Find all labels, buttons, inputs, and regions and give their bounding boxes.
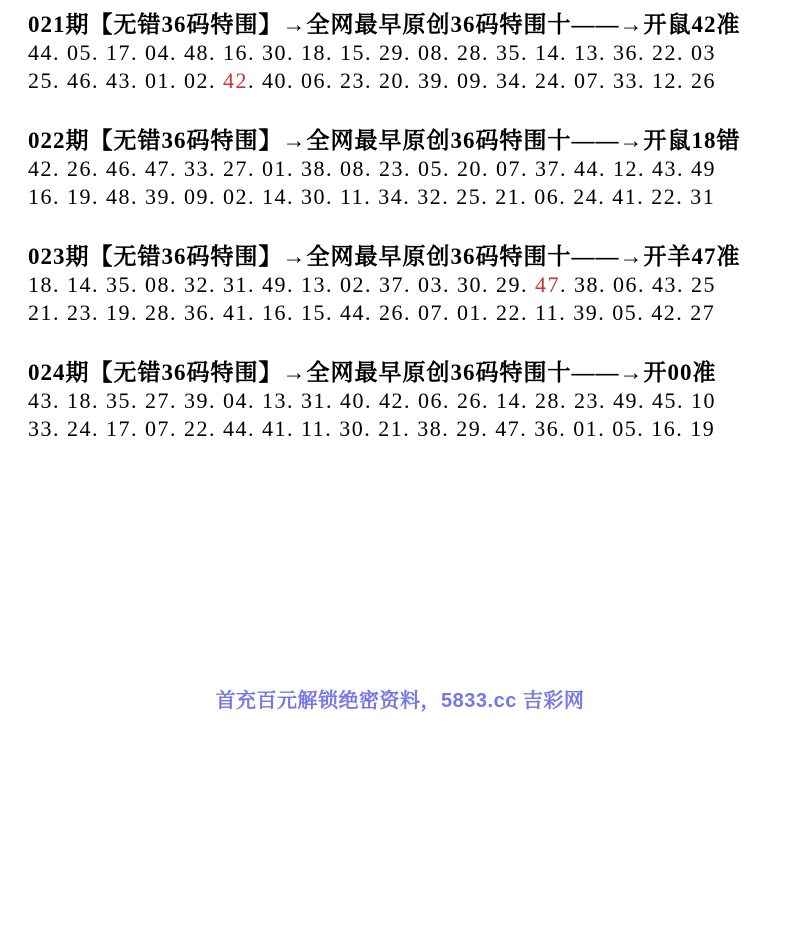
number: 41 [612, 184, 637, 209]
number: 42 [651, 300, 676, 325]
header-arrow1: → [283, 12, 307, 37]
number: 40 [262, 68, 287, 93]
number: 14 [67, 272, 92, 297]
number: 26 [67, 156, 92, 181]
number: 47 [145, 156, 170, 181]
number: 19 [690, 416, 715, 441]
prediction-block: 022期【无错36码特围】→全网最早原创36码特围十——→开鼠18错42. 26… [28, 126, 790, 211]
number: 29 [496, 272, 521, 297]
header-arrow2: → [620, 244, 644, 269]
prediction-block: 021期【无错36码特围】→全网最早原创36码特围十——→开鼠42准44. 05… [28, 10, 790, 95]
number: 15 [301, 300, 326, 325]
number: 49 [613, 388, 638, 413]
header-result: 开鼠18错 [644, 128, 741, 153]
number: 45 [652, 388, 677, 413]
number: 16 [223, 40, 248, 65]
number: 41 [223, 300, 248, 325]
header-tagline: 全网最早原创36码特围十—— [307, 360, 620, 385]
number: 06 [418, 388, 443, 413]
header-arrow1: → [283, 128, 307, 153]
number: 17 [106, 40, 131, 65]
number: 07 [574, 68, 599, 93]
number: 09 [184, 184, 209, 209]
number: 08 [340, 156, 365, 181]
number: 33 [613, 68, 638, 93]
number: 39 [573, 300, 598, 325]
number: 04 [223, 388, 248, 413]
number: 07 [418, 300, 443, 325]
number: 18 [67, 388, 92, 413]
numbers-line: 44. 05. 17. 04. 48. 16. 30. 18. 15. 29. … [28, 39, 790, 67]
prediction-blocks: 021期【无错36码特围】→全网最早原创36码特围十——→开鼠42准44. 05… [28, 10, 790, 474]
number: 04 [145, 40, 170, 65]
number: 35 [106, 388, 131, 413]
header-result: 开鼠42准 [644, 12, 741, 37]
number: 28 [457, 40, 482, 65]
number: 38 [574, 272, 599, 297]
number: 05 [418, 156, 443, 181]
header-label: 【无错36码特围】 [90, 244, 283, 269]
prediction-block: 023期【无错36码特围】→全网最早原创36码特围十——→开羊47准18. 14… [28, 242, 790, 327]
number: 44 [574, 156, 599, 181]
number: 22 [184, 416, 209, 441]
number: 43 [106, 68, 131, 93]
number: 46 [67, 68, 92, 93]
number: 16 [28, 184, 53, 209]
number: 33 [184, 156, 209, 181]
number: 18 [28, 272, 53, 297]
header-label: 【无错36码特围】 [90, 128, 283, 153]
header-tagline: 全网最早原创36码特围十—— [307, 12, 620, 37]
number: 21 [378, 416, 403, 441]
number: 06 [534, 184, 559, 209]
header-issue: 023期 [28, 244, 90, 269]
number: 36 [534, 416, 559, 441]
number: 49 [691, 156, 716, 181]
number: 32 [417, 184, 442, 209]
number: 11 [301, 416, 325, 441]
number: 31 [690, 184, 715, 209]
number: 20 [379, 68, 404, 93]
number: 42 [28, 156, 53, 181]
number: 14 [535, 40, 560, 65]
number: 15 [340, 40, 365, 65]
number: 05 [67, 40, 92, 65]
number: 13 [301, 272, 326, 297]
numbers-line: 21. 23. 19. 28. 36. 41. 16. 15. 44. 26. … [28, 299, 790, 327]
number: 23 [67, 300, 92, 325]
number: 30 [262, 40, 287, 65]
header-arrow2: → [620, 360, 644, 385]
block-header: 023期【无错36码特围】→全网最早原创36码特围十——→开羊47准 [28, 242, 790, 271]
number: 01 [262, 156, 287, 181]
number: 22 [652, 40, 677, 65]
number: 11 [340, 184, 364, 209]
number: 16 [262, 300, 287, 325]
number: 26 [457, 388, 482, 413]
number: 44 [340, 300, 365, 325]
numbers-line: 42. 26. 46. 47. 33. 27. 01. 38. 08. 23. … [28, 155, 790, 183]
number: 48 [184, 40, 209, 65]
number: 30 [457, 272, 482, 297]
block-header: 022期【无错36码特围】→全网最早原创36码特围十——→开鼠18错 [28, 126, 790, 155]
number: 44 [223, 416, 248, 441]
numbers-line: 33. 24. 17. 07. 22. 44. 41. 11. 30. 21. … [28, 415, 790, 443]
number: 28 [145, 300, 170, 325]
number: 28 [535, 388, 560, 413]
number: 31 [301, 388, 326, 413]
number: 31 [223, 272, 248, 297]
block-header: 024期【无错36码特围】→全网最早原创36码特围十——→开00准 [28, 358, 790, 387]
number: 30 [339, 416, 364, 441]
number: 25 [28, 68, 53, 93]
number-highlighted: 42 [223, 68, 248, 93]
prediction-block: 024期【无错36码特围】→全网最早原创36码特围十——→开00准43. 18.… [28, 358, 790, 443]
number: 26 [379, 300, 404, 325]
number: 25 [691, 272, 716, 297]
header-tagline: 全网最早原创36码特围十—— [307, 244, 620, 269]
number: 20 [457, 156, 482, 181]
number: 41 [262, 416, 287, 441]
number: 23 [574, 388, 599, 413]
number: 22 [496, 300, 521, 325]
number: 29 [379, 40, 404, 65]
number: 03 [691, 40, 716, 65]
number: 38 [417, 416, 442, 441]
block-header: 021期【无错36码特围】→全网最早原创36码特围十——→开鼠42准 [28, 10, 790, 39]
number: 30 [301, 184, 326, 209]
number: 01 [457, 300, 482, 325]
number: 27 [223, 156, 248, 181]
number: 02 [340, 272, 365, 297]
number: 12 [613, 156, 638, 181]
number: 35 [496, 40, 521, 65]
number-highlighted: 47 [535, 272, 560, 297]
number: 44 [28, 40, 53, 65]
number: 40 [340, 388, 365, 413]
number: 37 [379, 272, 404, 297]
header-arrow1: → [283, 360, 307, 385]
number: 18 [301, 40, 326, 65]
number: 43 [28, 388, 53, 413]
number: 08 [145, 272, 170, 297]
number: 24 [535, 68, 560, 93]
number: 07 [496, 156, 521, 181]
number: 47 [495, 416, 520, 441]
number: 27 [690, 300, 715, 325]
number: 29 [456, 416, 481, 441]
numbers-line: 16. 19. 48. 39. 09. 02. 14. 30. 11. 34. … [28, 183, 790, 211]
header-label: 【无错36码特围】 [90, 12, 283, 37]
number: 01 [145, 68, 170, 93]
number: 12 [652, 68, 677, 93]
number: 43 [652, 156, 677, 181]
number: 19 [67, 184, 92, 209]
number: 21 [495, 184, 520, 209]
header-issue: 024期 [28, 360, 90, 385]
number: 27 [145, 388, 170, 413]
number: 42 [379, 388, 404, 413]
number: 05 [612, 300, 637, 325]
header-result: 开00准 [644, 360, 717, 385]
number: 39 [184, 388, 209, 413]
number: 14 [496, 388, 521, 413]
number: 33 [28, 416, 53, 441]
number: 03 [418, 272, 443, 297]
number: 23 [340, 68, 365, 93]
number: 46 [106, 156, 131, 181]
promo-bar: 首充百元解锁绝密资料，5833.cc 吉彩网 [0, 684, 800, 713]
number: 17 [106, 416, 131, 441]
number: 19 [106, 300, 131, 325]
number: 02 [223, 184, 248, 209]
number: 24 [67, 416, 92, 441]
number: 13 [262, 388, 287, 413]
number: 24 [573, 184, 598, 209]
number: 09 [457, 68, 482, 93]
number: 13 [574, 40, 599, 65]
number: 36 [184, 300, 209, 325]
header-label: 【无错36码特围】 [90, 360, 283, 385]
promo-link[interactable]: 首充百元解锁绝密资料，5833.cc 吉彩网 [216, 690, 585, 712]
header-issue: 021期 [28, 12, 90, 37]
header-issue: 022期 [28, 128, 90, 153]
number: 05 [612, 416, 637, 441]
header-arrow2: → [620, 128, 644, 153]
number: 06 [613, 272, 638, 297]
number: 36 [613, 40, 638, 65]
number: 32 [184, 272, 209, 297]
number: 14 [262, 184, 287, 209]
numbers-line: 18. 14. 35. 08. 32. 31. 49. 13. 02. 37. … [28, 271, 790, 299]
numbers-line: 25. 46. 43. 01. 02. 42. 40. 06. 23. 20. … [28, 67, 790, 95]
number: 22 [651, 184, 676, 209]
header-result: 开羊47准 [644, 244, 741, 269]
number: 02 [184, 68, 209, 93]
numbers-line: 43. 18. 35. 27. 39. 04. 13. 31. 40. 42. … [28, 387, 790, 415]
number: 07 [145, 416, 170, 441]
number: 43 [652, 272, 677, 297]
number: 34 [496, 68, 521, 93]
number: 39 [145, 184, 170, 209]
number: 48 [106, 184, 131, 209]
number: 06 [301, 68, 326, 93]
number: 11 [535, 300, 559, 325]
number: 26 [691, 68, 716, 93]
number: 37 [535, 156, 560, 181]
number: 10 [691, 388, 716, 413]
number: 25 [456, 184, 481, 209]
header-arrow1: → [283, 244, 307, 269]
number: 35 [106, 272, 131, 297]
number: 01 [573, 416, 598, 441]
number: 49 [262, 272, 287, 297]
number: 38 [301, 156, 326, 181]
number: 39 [418, 68, 443, 93]
number: 34 [378, 184, 403, 209]
number: 21 [28, 300, 53, 325]
header-arrow2: → [620, 12, 644, 37]
header-tagline: 全网最早原创36码特围十—— [307, 128, 620, 153]
number: 08 [418, 40, 443, 65]
number: 23 [379, 156, 404, 181]
number: 16 [651, 416, 676, 441]
